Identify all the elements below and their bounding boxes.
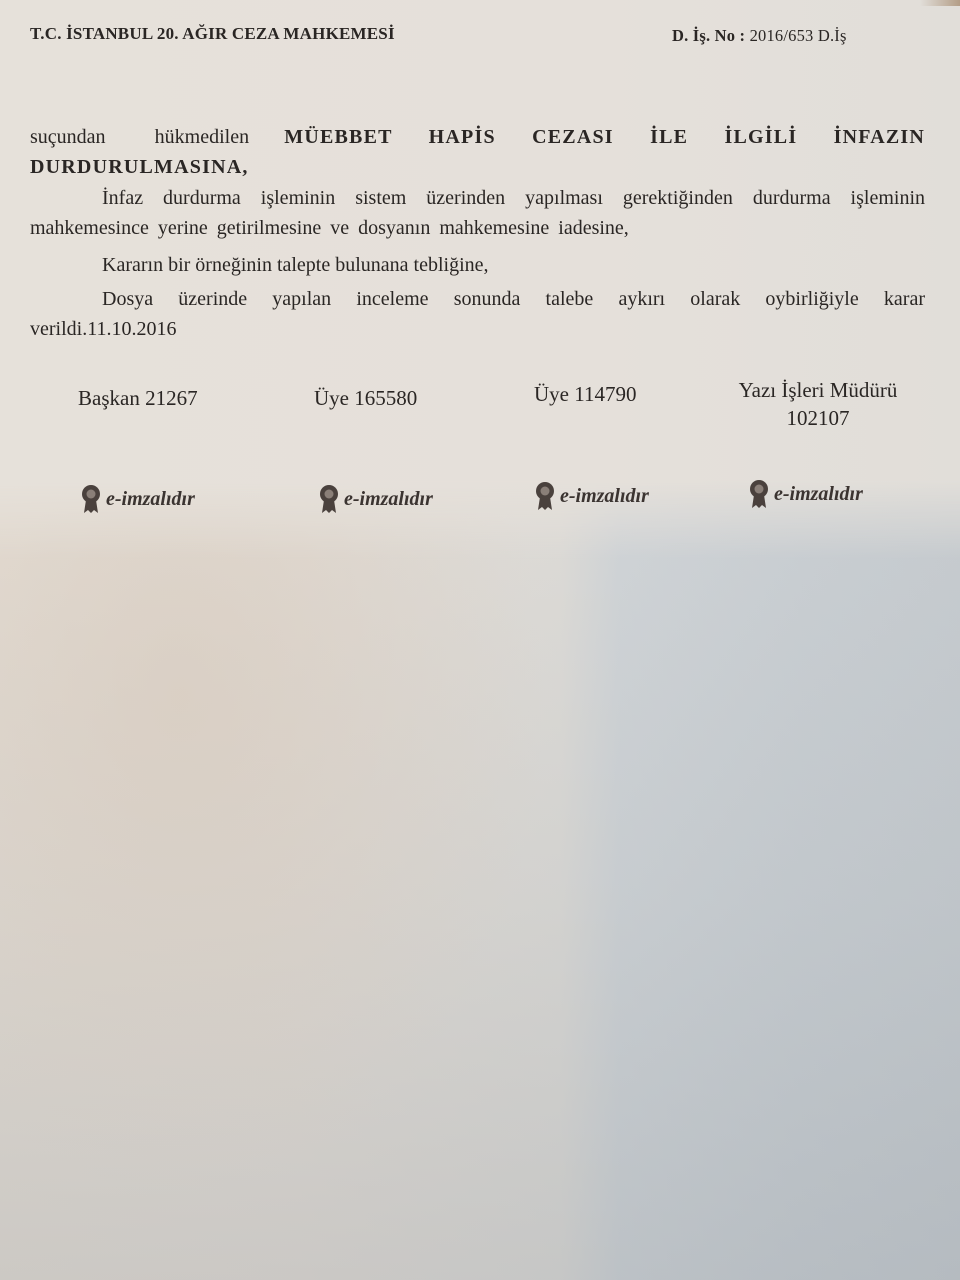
e-signature-president: e-imzalıdır: [80, 484, 195, 514]
signatories-row: Başkan 21267 Üye 165580 Üye 114790 Yazı …: [0, 378, 960, 438]
paragraph-procedure: İnfaz durdurma işleminin sistem üzerinde…: [30, 183, 925, 243]
signatory-member-1: Üye 165580: [314, 384, 417, 412]
e-signature-label: e-imzalıdır: [560, 485, 649, 508]
signatory-clerk: Yazı İşleri Müdürü 102107: [722, 376, 914, 432]
signatory-title: Başkan 21267: [78, 384, 198, 412]
e-signature-clerk: e-imzalıdır: [748, 479, 863, 509]
document-header: T.C. İSTANBUL 20. AĞIR CEZA MAHKEMESİ D.…: [30, 20, 890, 50]
paragraph-decision-date: Dosya üzerinde yapılan inceleme sonunda …: [30, 284, 925, 344]
signatory-title: Üye 114790: [534, 380, 636, 408]
e-signature-seal-icon: [318, 484, 340, 514]
e-signature-label: e-imzalıdır: [774, 483, 863, 506]
verdict-lead-text: suçundan hükmedilen: [30, 126, 249, 148]
signatory-president: Başkan 21267: [78, 384, 198, 412]
docket-number-label: D. İş. No :: [672, 26, 745, 45]
paragraph-notification: Kararın bir örneğinin talepte bulunana t…: [30, 250, 925, 280]
e-signature-label: e-imzalıdır: [344, 488, 433, 511]
document-page: T.C. İSTANBUL 20. AĞIR CEZA MAHKEMESİ D.…: [0, 0, 960, 1280]
e-signatures-row: e-imzalıdır e-imzalıdır e-imzalıdır: [0, 476, 960, 526]
paragraph-verdict: suçundan hükmedilen MÜEBBET HAPİS CEZASI…: [30, 122, 925, 182]
e-signature-seal-icon: [534, 481, 556, 511]
e-signature-member-2: e-imzalıdır: [534, 481, 649, 511]
docket-number-value: 2016/653 D.İş: [750, 26, 847, 45]
court-name: T.C. İSTANBUL 20. AĞIR CEZA MAHKEMESİ: [30, 24, 395, 44]
signatory-member-2: Üye 114790: [534, 380, 636, 408]
signatory-title: Yazı İşleri Müdürü: [722, 376, 914, 404]
e-signature-seal-icon: [80, 484, 102, 514]
e-signature-member-1: e-imzalıdır: [318, 484, 433, 514]
docket-number: D. İş. No : 2016/653 D.İş: [672, 26, 847, 46]
signatory-title: Üye 165580: [314, 384, 417, 412]
e-signature-label: e-imzalıdır: [106, 488, 195, 511]
e-signature-seal-icon: [748, 479, 770, 509]
page-corner-edge: [920, 0, 960, 6]
signatory-id: 102107: [722, 404, 914, 432]
